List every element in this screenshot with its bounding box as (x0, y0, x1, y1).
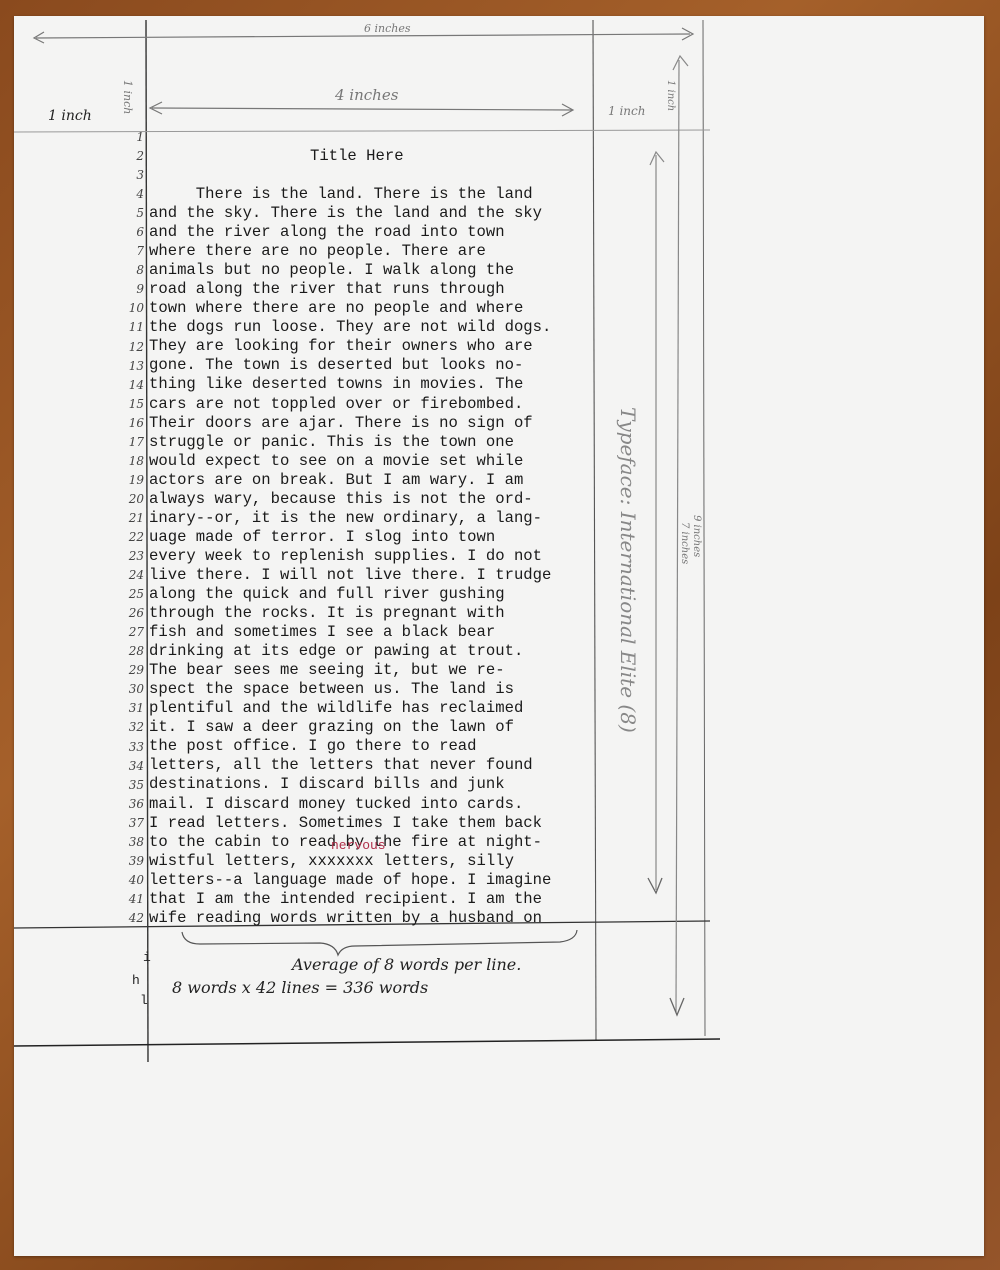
typed-line: drinking at its edge or pawing at trout. (149, 642, 551, 661)
line-number: 28 (124, 642, 144, 661)
typed-line: road along the river that runs through (149, 280, 551, 299)
line-number: 38 (124, 833, 144, 852)
typed-line: Their doors are ajar. There is no sign o… (149, 414, 551, 433)
margin-mark-h: h (132, 973, 140, 988)
line-number: 42 (124, 909, 144, 928)
text-width-label: 4 inches (335, 86, 398, 104)
line-number: 2 (124, 147, 144, 166)
page-width-label: 6 inches (364, 22, 411, 35)
typed-line: always wary, because this is not the ord… (149, 490, 551, 509)
line-number: 23 (124, 547, 144, 566)
line-number: 12 (124, 338, 144, 357)
typed-line: plentiful and the wildlife has reclaimed (149, 699, 551, 718)
typed-line: it. I saw a deer grazing on the lawn of (149, 718, 551, 737)
typed-line: gone. The town is deserted but looks no- (149, 356, 551, 375)
line-number: 36 (124, 795, 144, 814)
calculation-note: 8 words x 42 lines = 336 words (172, 978, 428, 997)
typed-line: through the rocks. It is pregnant with (149, 604, 551, 623)
typed-line: The bear sees me seeing it, but we re- (149, 661, 551, 680)
typed-line: spect the space between us. The land is (149, 680, 551, 699)
typed-line: wistful letters, xxxxxxx letters, silly (149, 852, 551, 871)
typed-line: I read letters. Sometimes I take them ba… (149, 814, 551, 833)
line-number: 24 (124, 566, 144, 585)
average-note: Average of 8 words per line. (292, 955, 521, 974)
line-number: 1 (124, 128, 144, 147)
line-number: 14 (124, 376, 144, 395)
line-number: 33 (124, 738, 144, 757)
typed-line: where there are no people. There are (149, 242, 551, 261)
line-number: 35 (124, 776, 144, 795)
line-number: 9 (124, 280, 144, 299)
line-number: 30 (124, 680, 144, 699)
line-number: 31 (124, 699, 144, 718)
line-number: 27 (124, 623, 144, 642)
typed-line: There is the land. There is the land (149, 185, 551, 204)
typed-line: and the river along the road into town (149, 223, 551, 242)
line-number: 15 (124, 395, 144, 414)
typed-line: actors are on break. But I am wary. I am (149, 471, 551, 490)
inner-height-label: 7 inches (679, 522, 690, 564)
typed-line: along the quick and full river gushing (149, 585, 551, 604)
typed-line: that I am the intended recipient. I am t… (149, 890, 551, 909)
typed-body: There is the land. There is the landand … (149, 185, 551, 928)
line-number: 20 (124, 490, 144, 509)
line-number: 37 (124, 814, 144, 833)
typed-line: uage made of terror. I slog into town (149, 528, 551, 547)
line-number: 7 (124, 242, 144, 261)
typed-line: wife reading words written by a husband … (149, 909, 551, 928)
line-number: 4 (124, 185, 144, 204)
line-number: 10 (124, 299, 144, 318)
line-number: 41 (124, 890, 144, 909)
document-title: Title Here (310, 147, 404, 165)
line-number: 5 (124, 204, 144, 223)
line-number: 6 (124, 223, 144, 242)
line-number: 3 (124, 166, 144, 185)
typeface-label: Typeface: International Elite (8) (616, 407, 640, 733)
line-number: 8 (124, 261, 144, 280)
line-number: 11 (124, 318, 144, 337)
line-number: 19 (124, 471, 144, 490)
line-number: 17 (124, 433, 144, 452)
line-numbers: 1234567891011121314151617181920212223242… (124, 128, 144, 928)
margin-mark-l: l (140, 993, 148, 1008)
line-number: 25 (124, 585, 144, 604)
typed-line: inary--or, it is the new ordinary, a lan… (149, 509, 551, 528)
typed-line: destinations. I discard bills and junk (149, 775, 551, 794)
line-number: 18 (124, 452, 144, 471)
line-number: 32 (124, 718, 144, 737)
typed-line: every week to replenish supplies. I do n… (149, 547, 551, 566)
line-number: 13 (124, 357, 144, 376)
typed-line: would expect to see on a movie set while (149, 452, 551, 471)
left-margin-label: 1 inch (48, 108, 92, 124)
line-number: 16 (124, 414, 144, 433)
typed-line: animals but no people. I walk along the (149, 261, 551, 280)
typed-line: live there. I will not live there. I tru… (149, 566, 551, 585)
typed-line: mail. I discard money tucked into cards. (149, 795, 551, 814)
line-number: 39 (124, 852, 144, 871)
typed-line: letters--a language made of hope. I imag… (149, 871, 551, 890)
typed-line: letters, all the letters that never foun… (149, 756, 551, 775)
right-margin-label: 1 inch (608, 104, 645, 118)
typed-line: thing like deserted towns in movies. The (149, 375, 551, 394)
line-number: 21 (124, 509, 144, 528)
line-number: 29 (124, 661, 144, 680)
typed-line: town where there are no people and where (149, 299, 551, 318)
line-number: 40 (124, 871, 144, 890)
top-margin-right-label: 1 inch (665, 80, 676, 111)
typed-line: They are looking for their owners who ar… (149, 337, 551, 356)
margin-mark-i: i (143, 950, 151, 965)
line-number: 34 (124, 757, 144, 776)
top-margin-label: 1 inch (121, 80, 134, 114)
line-number: 26 (124, 604, 144, 623)
typed-line: the dogs run loose. They are not wild do… (149, 318, 551, 337)
typed-line: fish and sometimes I see a black bear (149, 623, 551, 642)
typed-line: struggle or panic. This is the town one (149, 433, 551, 452)
typed-line: the post office. I go there to read (149, 737, 551, 756)
typed-line: cars are not toppled over or firebombed. (149, 395, 551, 414)
outer-height-label: 9 inches (691, 515, 702, 557)
line-number: 22 (124, 528, 144, 547)
correction-nervous: nervous (331, 838, 386, 853)
typed-line: and the sky. There is the land and the s… (149, 204, 551, 223)
